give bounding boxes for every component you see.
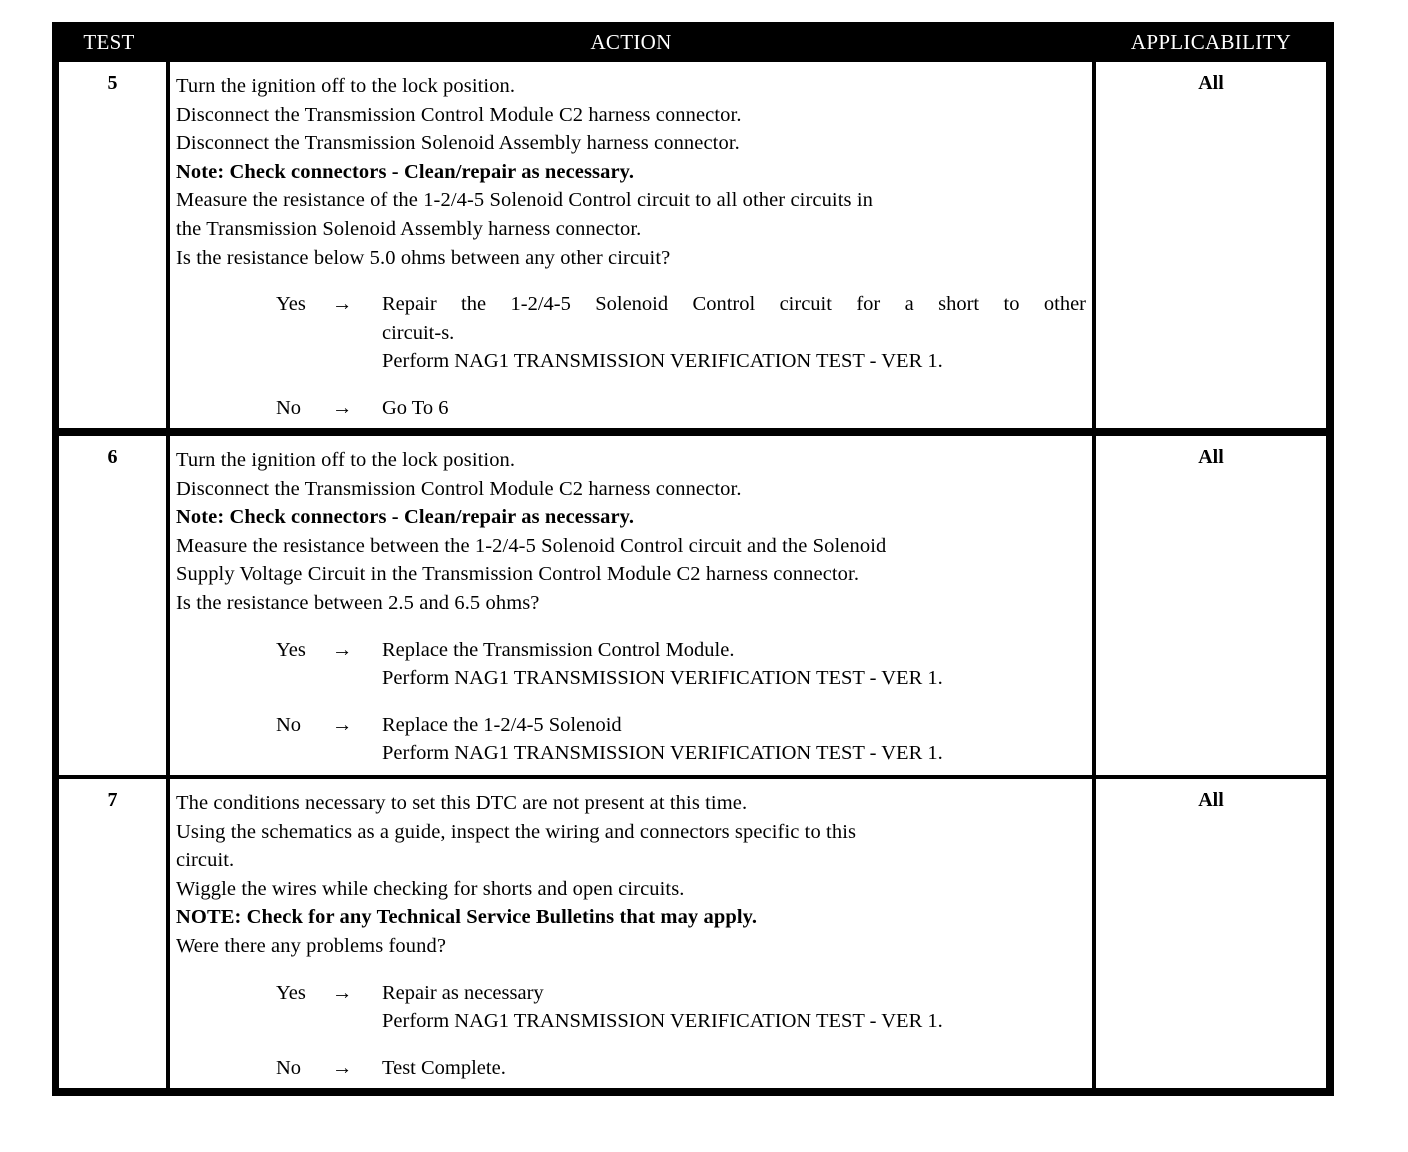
arrow-right-icon: →	[328, 636, 382, 693]
answer-text: Repair as necessaryPerform NAG1 TRANSMIS…	[382, 979, 1086, 1036]
answer-label: Yes	[276, 290, 328, 376]
note-line: Note: Check connectors - Clean/repair as…	[176, 158, 1086, 187]
answer-yes: Yes→Repair the 1-2/4-5 Solenoid Control …	[276, 290, 1086, 376]
answer-no: No→Go To 6	[276, 394, 1086, 423]
instruction-line: Supply Voltage Circuit in the Transmissi…	[176, 560, 1086, 589]
answer-label: No	[276, 394, 328, 423]
header-test: TEST	[52, 22, 166, 62]
header-applicability: APPLICABILITY	[1096, 22, 1326, 62]
applicability-value: All	[1096, 789, 1326, 812]
arrow-right-icon: →	[328, 290, 382, 376]
answer-line: Repair as necessary	[382, 979, 1086, 1008]
instruction-line: Measure the resistance between the 1-2/4…	[176, 532, 1086, 561]
answer-no: No→Test Complete.	[276, 1054, 1086, 1083]
arrow-right-icon: →	[328, 394, 382, 423]
answer-line: Perform NAG1 TRANSMISSION VERIFICATION T…	[382, 664, 1086, 693]
answer-label: Yes	[276, 636, 328, 693]
instruction-line: circuit.	[176, 846, 1086, 875]
answer-label: No	[276, 711, 328, 768]
table-row: 7The conditions necessary to set this DT…	[52, 779, 1334, 1088]
answer-line: Replace the Transmission Control Module.	[382, 636, 1086, 665]
answer-label: No	[276, 1054, 328, 1083]
applicability-cell: All	[1096, 436, 1326, 775]
answer-line: circuit-s.	[382, 319, 1086, 348]
table-row: 6Turn the ignition off to the lock posit…	[52, 436, 1334, 775]
answer-text: Replace the 1-2/4-5 SolenoidPerform NAG1…	[382, 711, 1086, 768]
arrow-right-icon: →	[328, 711, 382, 768]
test-number: 7	[59, 789, 166, 812]
instruction-line: Is the resistance between 2.5 and 6.5 oh…	[176, 589, 1086, 618]
header-action: ACTION	[170, 22, 1092, 62]
instruction-line: Were there any problems found?	[176, 932, 1086, 961]
instruction-line: Turn the ignition off to the lock positi…	[176, 446, 1086, 475]
test-cell: 6	[59, 436, 166, 775]
instruction-line: the Transmission Solenoid Assembly harne…	[176, 215, 1086, 244]
instruction-line: Turn the ignition off to the lock positi…	[176, 72, 1086, 101]
answer-line: Perform NAG1 TRANSMISSION VERIFICATION T…	[382, 739, 1086, 768]
instruction-line: Disconnect the Transmission Control Modu…	[176, 475, 1086, 504]
answer-text: Test Complete.	[382, 1054, 1086, 1083]
answer-yes: Yes→Replace the Transmission Control Mod…	[276, 636, 1086, 693]
test-cell: 5	[59, 62, 166, 428]
answer-label: Yes	[276, 979, 328, 1036]
answer-line: Replace the 1-2/4-5 Solenoid	[382, 711, 1086, 740]
answer-text: Go To 6	[382, 394, 1086, 423]
instruction-line: Wiggle the wires while checking for shor…	[176, 875, 1086, 904]
instruction-line: Disconnect the Transmission Solenoid Ass…	[176, 129, 1086, 158]
table-header-row: TEST ACTION APPLICABILITY	[52, 22, 1334, 62]
note-line: NOTE: Check for any Technical Service Bu…	[176, 903, 1086, 932]
note-line: Note: Check connectors - Clean/repair as…	[176, 503, 1086, 532]
answer-text: Replace the Transmission Control Module.…	[382, 636, 1086, 693]
instruction-line: Disconnect the Transmission Control Modu…	[176, 101, 1086, 130]
answer-yes: Yes→Repair as necessaryPerform NAG1 TRAN…	[276, 979, 1086, 1036]
arrow-right-icon: →	[328, 1054, 382, 1083]
arrow-right-icon: →	[328, 979, 382, 1036]
answer-line: Go To 6	[382, 394, 1086, 423]
instruction-line: The conditions necessary to set this DTC…	[176, 789, 1086, 818]
test-number: 5	[59, 72, 166, 95]
applicability-cell: All	[1096, 62, 1326, 428]
diagnostic-test-table: TEST ACTION APPLICABILITY 5Turn the igni…	[52, 22, 1334, 1096]
answer-line: Test Complete.	[382, 1054, 1086, 1083]
answer-line: Perform NAG1 TRANSMISSION VERIFICATION T…	[382, 1007, 1086, 1036]
applicability-value: All	[1096, 446, 1326, 469]
answer-no: No→Replace the 1-2/4-5 SolenoidPerform N…	[276, 711, 1086, 768]
answer-line: Perform NAG1 TRANSMISSION VERIFICATION T…	[382, 347, 1086, 376]
action-cell: The conditions necessary to set this DTC…	[170, 779, 1092, 1088]
answer-line: Repair the 1-2/4-5 Solenoid Control circ…	[382, 290, 1086, 319]
answer-text: Repair the 1-2/4-5 Solenoid Control circ…	[382, 290, 1086, 376]
test-number: 6	[59, 446, 166, 469]
table-row: 5Turn the ignition off to the lock posit…	[52, 62, 1334, 428]
action-cell: Turn the ignition off to the lock positi…	[170, 436, 1092, 775]
applicability-cell: All	[1096, 779, 1326, 1088]
test-cell: 7	[59, 779, 166, 1088]
instruction-line: Is the resistance below 5.0 ohms between…	[176, 244, 1086, 273]
applicability-value: All	[1096, 72, 1326, 95]
action-cell: Turn the ignition off to the lock positi…	[170, 62, 1092, 428]
instruction-line: Using the schematics as a guide, inspect…	[176, 818, 1086, 847]
instruction-line: Measure the resistance of the 1-2/4-5 So…	[176, 186, 1086, 215]
